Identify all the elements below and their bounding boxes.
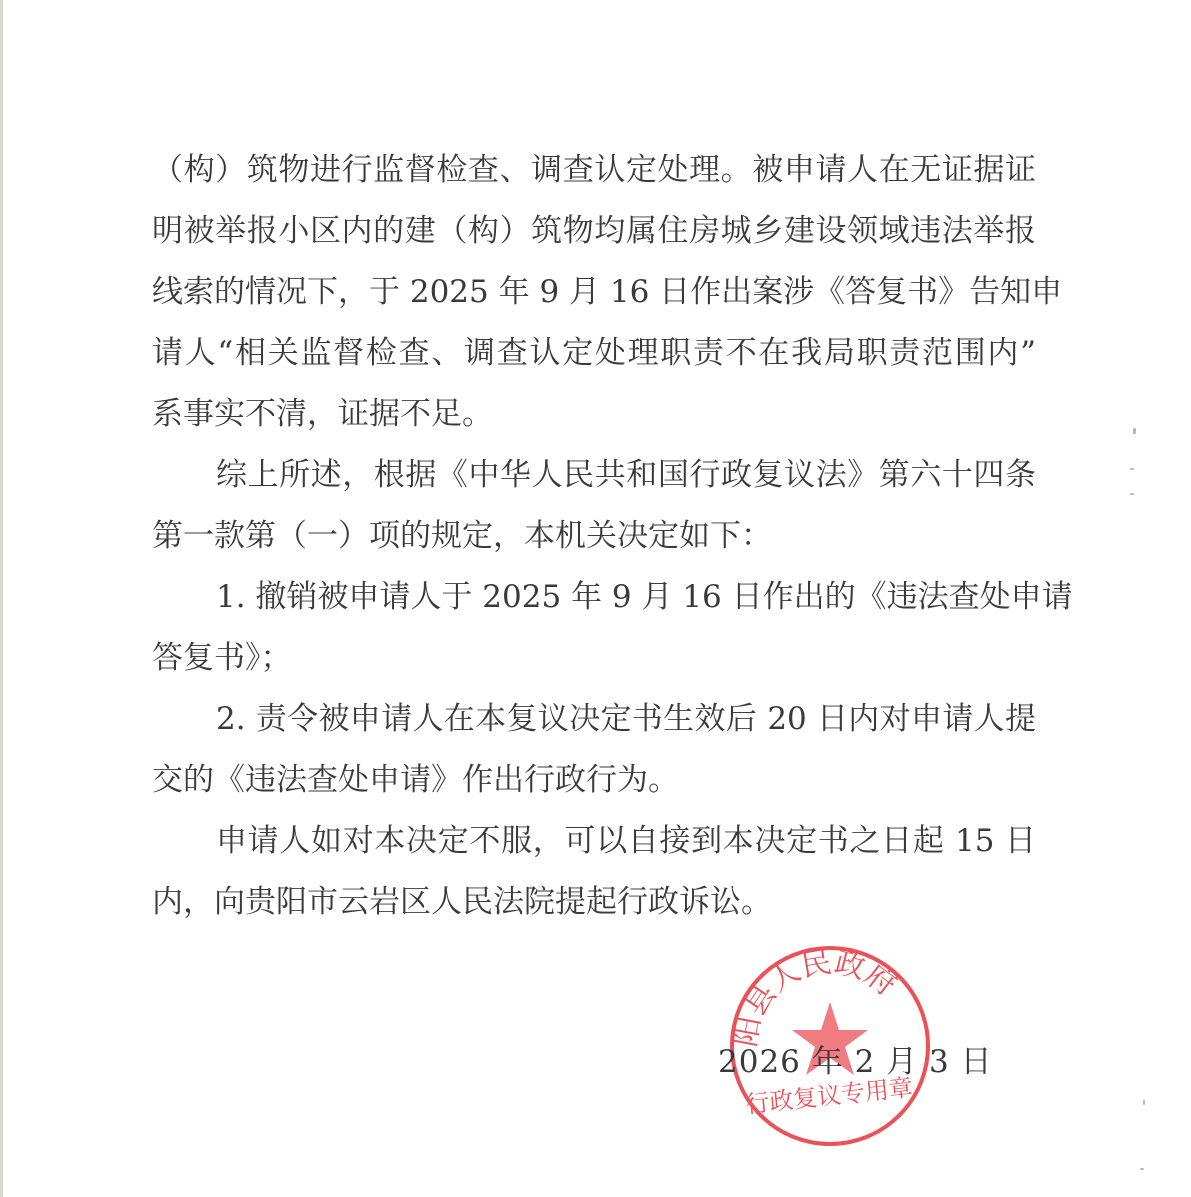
text-line: 申请人如对本决定不服，可以自接到本决定书之日起 15 日 bbox=[152, 821, 1036, 882]
text-line: 请人“相关监督检查、调查认定处理职责不在我局职责范围内” bbox=[152, 333, 1036, 394]
scan-speck bbox=[1133, 428, 1136, 434]
document-body: （构）筑物进行监督检查、调查认定处理。被申请人在无证据证 明被举报小区内的建（构… bbox=[152, 150, 1036, 943]
page-left-edge bbox=[0, 0, 3, 1197]
text-line: 系事实不清，证据不足。 bbox=[152, 394, 1036, 455]
finding-paragraph: （构）筑物进行监督检查、调查认定处理。被申请人在无证据证 明被举报小区内的建（构… bbox=[152, 150, 1036, 455]
text-line: 交的《违法查处申请》作出行政行为。 bbox=[152, 760, 1036, 821]
text-line: 线索的情况下，于 2025 年 9 月 16 日作出案涉《答复书》告知申 bbox=[152, 272, 1036, 333]
legal-basis-paragraph: 综上所述，根据《中华人民共和国行政复议法》第六十四条 第一款第（一）项的规定，本… bbox=[152, 455, 1036, 577]
text-line: 第一款第（一）项的规定，本机关决定如下： bbox=[152, 516, 1036, 577]
scan-speck bbox=[1130, 468, 1134, 470]
scan-speck bbox=[1143, 1100, 1145, 1105]
decision-item-2: 2. 责令被申请人在本复议决定书生效后 20 日内对申请人提 交的《违法查处申请… bbox=[152, 699, 1036, 821]
text-line: 2. 责令被申请人在本复议决定书生效后 20 日内对申请人提 bbox=[152, 699, 1036, 760]
text-line: 答复书》； bbox=[152, 638, 1036, 699]
scan-speck bbox=[1140, 1168, 1144, 1170]
appeal-notice-paragraph: 申请人如对本决定不服，可以自接到本决定书之日起 15 日 内，向贵阳市云岩区人民… bbox=[152, 821, 1036, 943]
decision-item-1: 1. 撤销被申请人于 2025 年 9 月 16 日作出的《违法查处申请 答复书… bbox=[152, 577, 1036, 699]
decision-date: 2026 年 2 月 3 日 bbox=[718, 1042, 993, 1082]
text-line: 1. 撤销被申请人于 2025 年 9 月 16 日作出的《违法查处申请 bbox=[152, 577, 1036, 638]
text-line: （构）筑物进行监督检查、调查认定处理。被申请人在无证据证 bbox=[152, 150, 1036, 211]
text-line: 明被举报小区内的建（构）筑物均属住房城乡建设领域违法举报 bbox=[152, 211, 1036, 272]
text-line: 内，向贵阳市云岩区人民法院提起行政诉讼。 bbox=[152, 882, 1036, 943]
scan-speck bbox=[1130, 493, 1134, 495]
text-line: 综上所述，根据《中华人民共和国行政复议法》第六十四条 bbox=[152, 455, 1036, 516]
